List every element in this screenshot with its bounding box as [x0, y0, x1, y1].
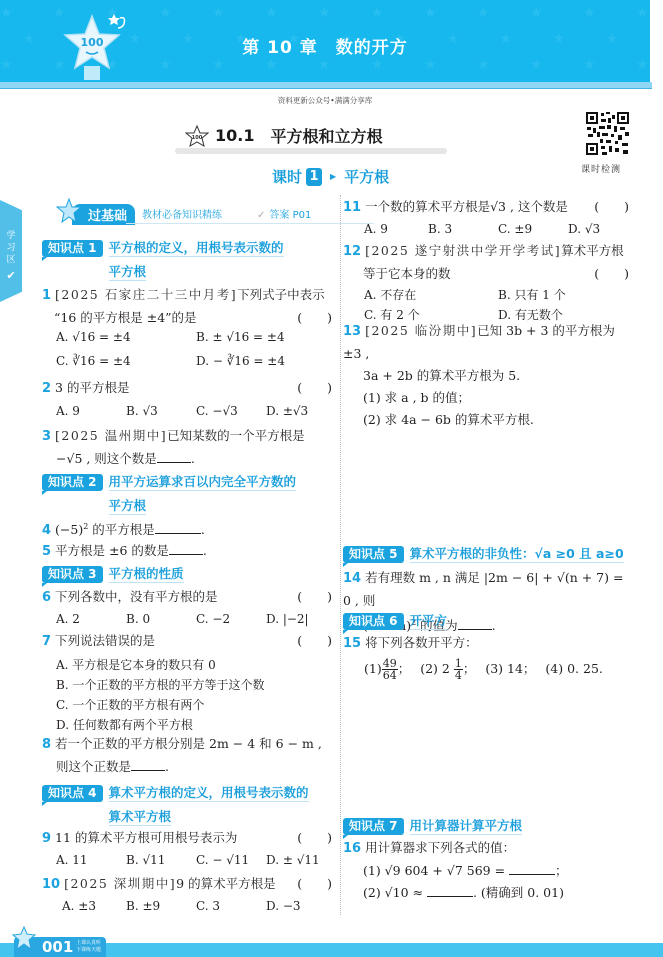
question-11: 11一个数的算术平方根是√3 , 这个数是 ( ) [343, 196, 633, 219]
answer-paren[interactable]: ( ) [297, 827, 332, 849]
question-3: 3[2025 温州期中]已知某数的一个平方根是 −√5 , 则这个数是. [42, 425, 334, 470]
option-b[interactable]: B. 0 [126, 612, 150, 626]
kp-title: 开平方 [410, 609, 448, 633]
footer-motto: 上课认真听下课练天题 [76, 940, 101, 954]
option-c[interactable]: C. −√3 [196, 404, 238, 418]
base-subtitle: 教材必备知识精练 [142, 206, 222, 221]
star-mascot-icon [12, 926, 36, 950]
question-16: 16用计算器求下列各式的值： (1) √9 604 + √7 569 = ； (… [343, 837, 633, 904]
kp-tag: 知识点 3 [42, 566, 103, 583]
answer-paren[interactable]: ( ) [594, 196, 629, 218]
lesson-name: 平方根 [344, 166, 389, 187]
option-d[interactable]: D. ±√3 [266, 404, 308, 418]
option-a[interactable]: A. ±3 [62, 899, 96, 913]
option-a[interactable]: A. 平方根是它本身的数只有 0 [56, 656, 216, 673]
answer-paren[interactable]: ( ) [297, 377, 332, 399]
triangle-right-icon: ▶ [330, 172, 336, 181]
answer-blank[interactable] [427, 885, 473, 897]
tab-char: 学 [0, 230, 22, 242]
option-b[interactable]: B. 3 [428, 222, 452, 236]
knowledge-point-2: 知识点 2 用平方运算求百以内完全平方数的平方根 [42, 474, 296, 518]
knowledge-point-3: 知识点 3 平方根的性质 [42, 566, 184, 586]
kp-tag: 知识点 7 [343, 818, 404, 835]
option-d[interactable]: D. |−2| [266, 612, 309, 626]
option-b[interactable]: B. 只有 1 个 [498, 286, 566, 303]
option-d[interactable]: D. √3 [568, 222, 600, 236]
option-a[interactable]: A. 9 [364, 222, 388, 236]
lesson-prefix: 课时 [272, 166, 302, 187]
question-6: 6下列各数中，没有平方根的是 ( ) [42, 586, 334, 609]
question-2: 23 的平方根是 ( ) [42, 377, 334, 400]
svg-text:100: 100 [192, 135, 203, 141]
check-icon: ✔ [0, 270, 22, 282]
option-c[interactable]: C. 3 [196, 899, 220, 913]
knowledge-point-7: 知识点 7 用计算器计算平方根 [343, 818, 522, 838]
kp-tag: 知识点 1 [42, 240, 103, 257]
banner-strip [0, 82, 652, 89]
kp-tag: 知识点 4 [42, 785, 103, 802]
lesson-number: 1 [306, 168, 322, 186]
option-d[interactable]: D. ± √11 [266, 853, 320, 867]
question-15: 15将下列各数开平方： [343, 632, 633, 655]
section-title: 100 10.1 平方根和立方根 [185, 124, 383, 147]
question-9: 911 的算术平方根可用根号表示为 ( ) [42, 827, 334, 850]
divider [126, 223, 374, 224]
answer-blank[interactable] [169, 543, 203, 555]
option-b[interactable]: B. ± √16 = ±4 [196, 330, 285, 344]
chapter-title: 第 10 章 数的开方 [0, 33, 650, 58]
answer-blank[interactable] [157, 451, 191, 463]
check-icon: ✓ [257, 210, 265, 221]
option-b[interactable]: B. ±9 [126, 899, 160, 913]
knowledge-point-4: 知识点 4 算术平方根的定义，用根号表示数的算术平方根 [42, 785, 309, 829]
column-divider [340, 195, 341, 915]
section-number: 10.1 [215, 126, 254, 145]
kp-tag: 知识点 5 [343, 546, 404, 563]
chapter-banner: ★ ★ ★ ★ ★ ★ ★ ★ ★ ★ ★ ★ ★ ★ ★ ★ ★ ★ ★ ★ … [0, 0, 650, 82]
answer-paren[interactable]: ( ) [297, 586, 332, 608]
option-c[interactable]: C. −2 [196, 612, 230, 626]
qr-code-icon[interactable] [585, 111, 630, 156]
option-b[interactable]: B. √11 [126, 853, 165, 867]
fraction: 4964 [382, 658, 398, 681]
fraction: 14 [454, 658, 463, 681]
tab-char: 习 [0, 242, 22, 254]
answer-blank[interactable] [509, 863, 555, 875]
base-section-header: 过基础 教材必备知识精练 ✓答案 P01 [42, 198, 332, 226]
qr-label: 课时检测 [581, 162, 621, 175]
answer-blank[interactable] [458, 618, 492, 630]
answer-reference[interactable]: ✓答案 P01 [257, 206, 311, 221]
answer-blank[interactable] [155, 522, 201, 534]
answer-paren[interactable]: ( ) [297, 630, 332, 652]
question-13: 13[2025 临汾期中]已知 3b + 3 的平方根为 ±3 , 3a + 2… [343, 320, 633, 431]
option-c[interactable]: C. 一个正数的平方根有两个 [56, 696, 204, 713]
page-number: 001 [42, 938, 73, 956]
section-underline [175, 148, 447, 154]
knowledge-point-5: 知识点 5 算术平方根的非负性：√a ≥0 且 a≥0 [343, 546, 624, 566]
answer-paren[interactable]: ( ) [594, 263, 629, 285]
option-a[interactable]: A. 2 [56, 612, 80, 626]
question-12: 12[2025 遂宁射洪中学开学考试]算术平方根 等于它本身的数 ( ) [343, 240, 633, 285]
question-4: 4(−5)2 的平方根是. [42, 516, 205, 542]
question-7: 7下列说法错误的是 ( ) [42, 630, 334, 653]
study-zone-tab[interactable]: 学 习 区 ✔ [0, 200, 22, 302]
option-c[interactable]: C. ±9 [498, 222, 532, 236]
star-badge-icon: 100 [185, 125, 209, 147]
kp-title: 算术平方根的定义，用根号表示数的算术平方根 [109, 781, 309, 829]
q15-items: (1)4964； (2) 2 14； (3) 14； (4) 0. 25. [364, 658, 634, 681]
kp-title: 算术平方根的非负性：√a ≥0 且 a≥0 [410, 542, 624, 566]
kp-tag: 知识点 6 [343, 613, 404, 630]
answer-paren[interactable]: ( ) [297, 307, 332, 329]
option-b[interactable]: B. 一个正数的平方根的平方等于这个数 [56, 676, 264, 693]
option-a[interactable]: A. 11 [56, 853, 88, 867]
question-1: 1[2025 石家庄二十三中月考]下列式子中表示 “16 的平方根是 ±4”的是… [42, 284, 334, 329]
option-d[interactable]: D. −3 [266, 899, 301, 913]
option-c[interactable]: C. ∛16 = ±4 [56, 354, 131, 368]
option-b[interactable]: B. √3 [126, 404, 158, 418]
source-note: 资料更新公众号•满满分享库 [0, 95, 650, 106]
question-10: 10[2025 深圳期中]9 的算术平方根是 ( ) [42, 873, 334, 896]
kp-title: 平方根的性质 [109, 562, 184, 586]
answer-blank[interactable] [131, 759, 165, 771]
kp-title: 平方根的定义，用根号表示数的平方根 [109, 236, 284, 284]
question-5: 5平方根是 ±6 的数是. [42, 540, 207, 563]
option-c[interactable]: C. − √11 [196, 853, 249, 867]
star-mascot-icon [56, 198, 82, 224]
knowledge-point-6: 知识点 6 开平方 [343, 613, 447, 633]
section-name: 平方根和立方根 [270, 124, 382, 147]
option-a[interactable]: A. 9 [56, 404, 80, 418]
tab-char: 区 [0, 254, 22, 266]
option-d[interactable]: D. − ∛16 = ±4 [196, 354, 285, 368]
lesson-title: 课时 1 ▶ 平方根 [272, 166, 389, 187]
option-a[interactable]: A. 不存在 [364, 286, 416, 303]
answer-paren[interactable]: ( ) [297, 873, 332, 895]
option-d[interactable]: D. 任何数都有两个平方根 [56, 716, 193, 733]
kp-tag: 知识点 2 [42, 474, 103, 491]
option-a[interactable]: A. √16 = ±4 [56, 330, 131, 344]
knowledge-point-1: 知识点 1 平方根的定义，用根号表示数的平方根 [42, 240, 284, 284]
kp-title: 用平方运算求百以内完全平方数的平方根 [109, 470, 297, 518]
question-8: 8若一个正数的平方根分别是 2m − 4 和 6 − m , 则这个正数是. [42, 733, 334, 778]
kp-title: 用计算器计算平方根 [410, 814, 523, 838]
